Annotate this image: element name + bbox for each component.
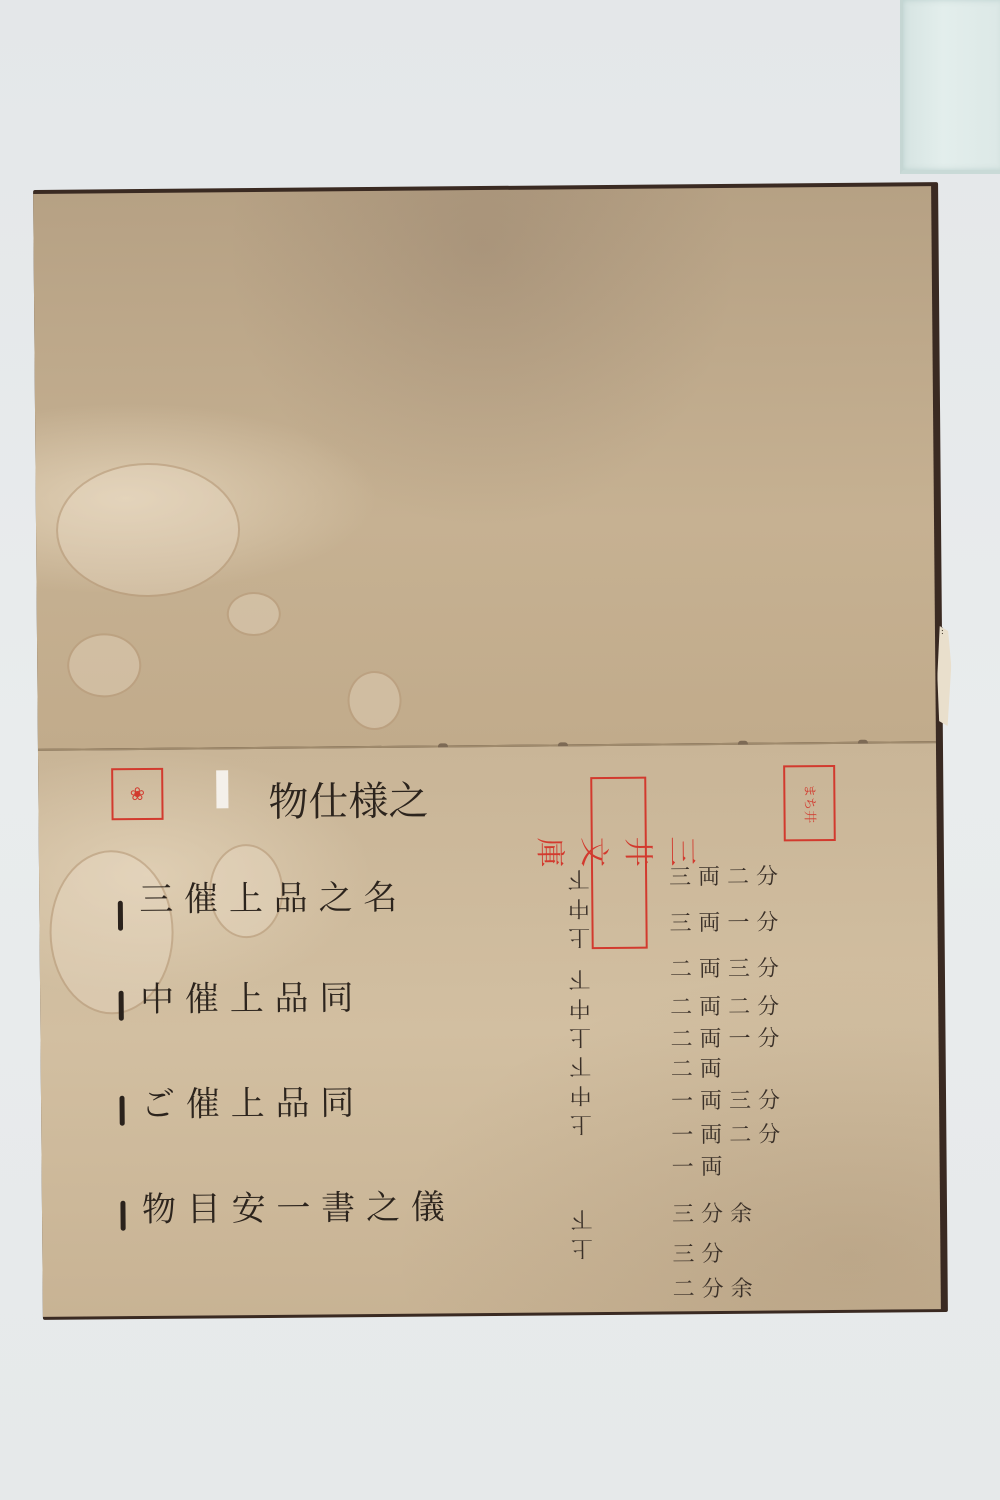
entry-4: 物 目 安 一 書 之 儀 [142, 1190, 445, 1228]
entry-2: 中 催 上 品 同 [140, 981, 354, 1019]
ichi-marker [120, 1201, 125, 1231]
page-upper [33, 186, 936, 751]
entry-1: 三 催 上 品 之 名 [139, 881, 397, 919]
ichi-marker [118, 901, 123, 931]
price-row: 一 両 [672, 1156, 723, 1180]
grade-line: 上 中 下 上 中 下 [570, 969, 595, 1136]
glass-weight [900, 0, 1000, 174]
price-row: 二 両 [671, 1058, 722, 1082]
water-stain [55, 462, 240, 598]
price-row: 一 両 二 分 [671, 1123, 780, 1147]
ichi-marker [119, 991, 124, 1021]
price-row: 三 分 余 [672, 1203, 752, 1227]
entry-3: ご 催 上 品 同 [141, 1086, 355, 1124]
price-row: 二 分 余 [673, 1278, 753, 1302]
price-row: 三 両 二 分 [669, 865, 778, 889]
price-row: 一 両 三 分 [671, 1089, 780, 1113]
seal-mitsui-bunko: 三井文庫 [590, 777, 647, 949]
paper-slip [216, 770, 228, 808]
price-row: 二 両 一 分 [670, 1027, 779, 1051]
water-stain [67, 633, 142, 698]
seal-kana-square: まち井 [783, 765, 836, 841]
title-line: 物仕様之 [268, 781, 428, 824]
manuscript-book: … ❀ まち井 三井文庫 物仕様之 三 催 上 品 之 名 中 催 上 品 同 … [33, 186, 945, 1317]
water-stain [227, 592, 281, 636]
price-row: 三 両 一 分 [669, 911, 778, 935]
price-row: 二 両 三 分 [670, 957, 779, 981]
price-row: 二 両 二 分 [670, 995, 779, 1019]
grade-line: 上 下 [572, 1209, 596, 1260]
ichi-marker [119, 1096, 124, 1126]
torn-label-tag: … [937, 626, 952, 726]
grade-line: 上 中 下 [569, 869, 593, 949]
seal-animal-square: ❀ [111, 768, 163, 820]
water-stain [347, 671, 402, 730]
price-row: 三 分 [672, 1243, 723, 1267]
